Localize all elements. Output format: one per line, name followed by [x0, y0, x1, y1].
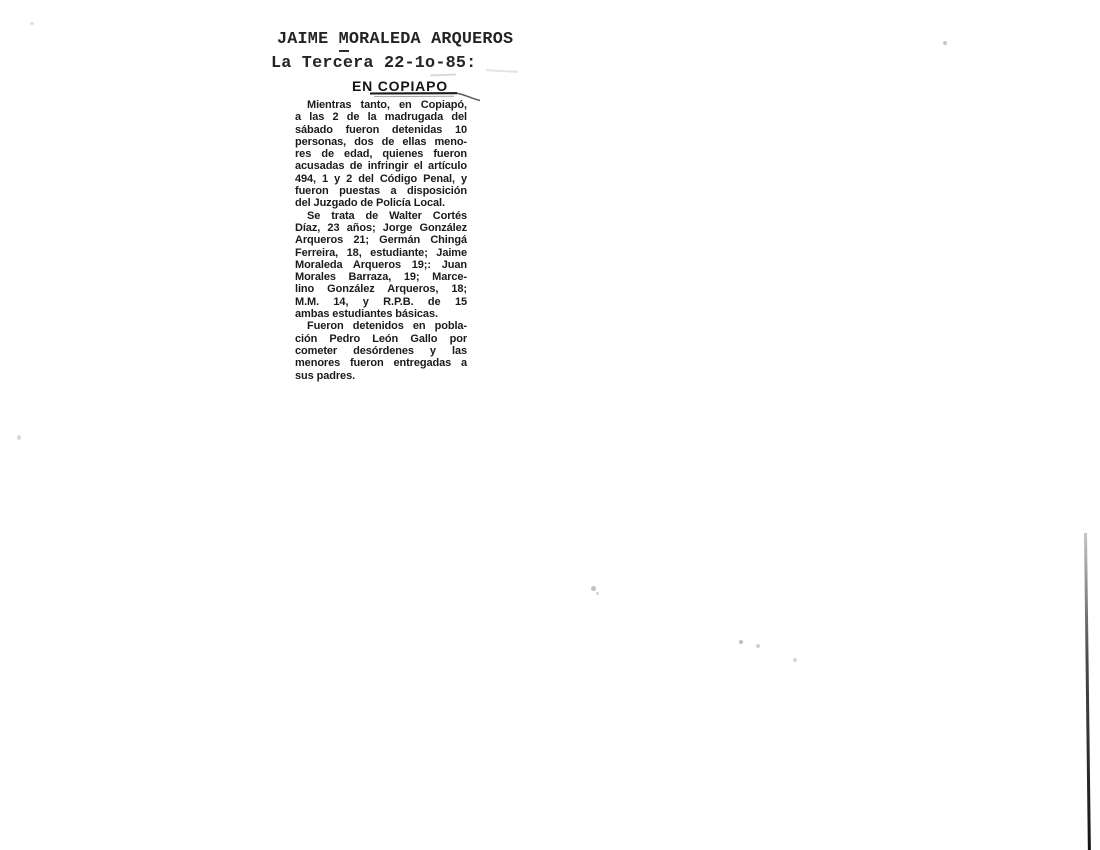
article-line: acusadas de infringir el artículo	[295, 160, 467, 172]
scan-speck	[739, 640, 743, 644]
article-line: Morales Barraza, 19; Marce-	[295, 271, 467, 283]
article-line: Fueron detenidos en pobla-	[295, 320, 467, 332]
article-line: sábado fueron detenidas 10	[295, 124, 467, 136]
article-line: ambas estudiantes básicas.	[295, 308, 467, 320]
article-line: M.M. 14, y R.P.B. de 15	[295, 296, 467, 308]
article-line: Moraleda Arqueros 19;: Juan	[295, 259, 467, 271]
article-line: ción Pedro León Gallo por	[295, 333, 467, 345]
article-line: personas, dos de ellas meno-	[295, 136, 467, 148]
scan-speck	[756, 644, 760, 648]
article-line: a las 2 de la madrugada del	[295, 111, 467, 123]
article-line: menores fueron entregadas a	[295, 357, 467, 369]
scan-speck	[591, 586, 596, 591]
article-column: Mientras tanto, en Copiapó,a las 2 de la…	[295, 99, 467, 382]
scan-speck	[943, 41, 947, 45]
scan-speck	[793, 658, 797, 662]
article-line: fueron puestas a disposición	[295, 185, 467, 197]
article-line: Se trata de Walter Cortés	[295, 210, 467, 222]
name-prefix: JAIME	[277, 30, 339, 49]
scan-speck	[30, 22, 34, 25]
article-line: lino González Arqueros, 18;	[295, 283, 467, 295]
scan-fold-line	[1084, 533, 1090, 850]
article-line: Mientras tanto, en Copiapó,	[295, 99, 467, 111]
article-line: Díaz, 23 años; Jorge González	[295, 222, 467, 234]
article-line: res de edad, quienes fueron	[295, 148, 467, 160]
typewritten-source-line: La Tercera 22-1o-85:	[271, 54, 476, 73]
article-line: sus padres.	[295, 370, 467, 382]
scan-speck	[596, 592, 599, 595]
article-line: Ferreira, 18, estudiante; Jaime	[295, 247, 467, 259]
name-underlined-letter: M	[339, 30, 349, 52]
scanned-document-page: JAIME MORALEDA ARQUEROS La Tercera 22-1o…	[0, 0, 1100, 850]
name-rest: ORALEDA ARQUEROS	[349, 30, 513, 49]
scan-smudge	[486, 69, 518, 72]
typewritten-name-line: JAIME MORALEDA ARQUEROS	[277, 30, 513, 49]
article-line: 494, 1 y 2 del Código Penal, y	[295, 173, 467, 185]
article-line: del Juzgado de Policía Local.	[295, 197, 467, 209]
scan-smudge	[430, 74, 456, 76]
scan-speck	[17, 435, 21, 440]
article-line: cometer desórdenes y las	[295, 345, 467, 357]
article-line: Arqueros 21; Germán Chingá	[295, 234, 467, 246]
